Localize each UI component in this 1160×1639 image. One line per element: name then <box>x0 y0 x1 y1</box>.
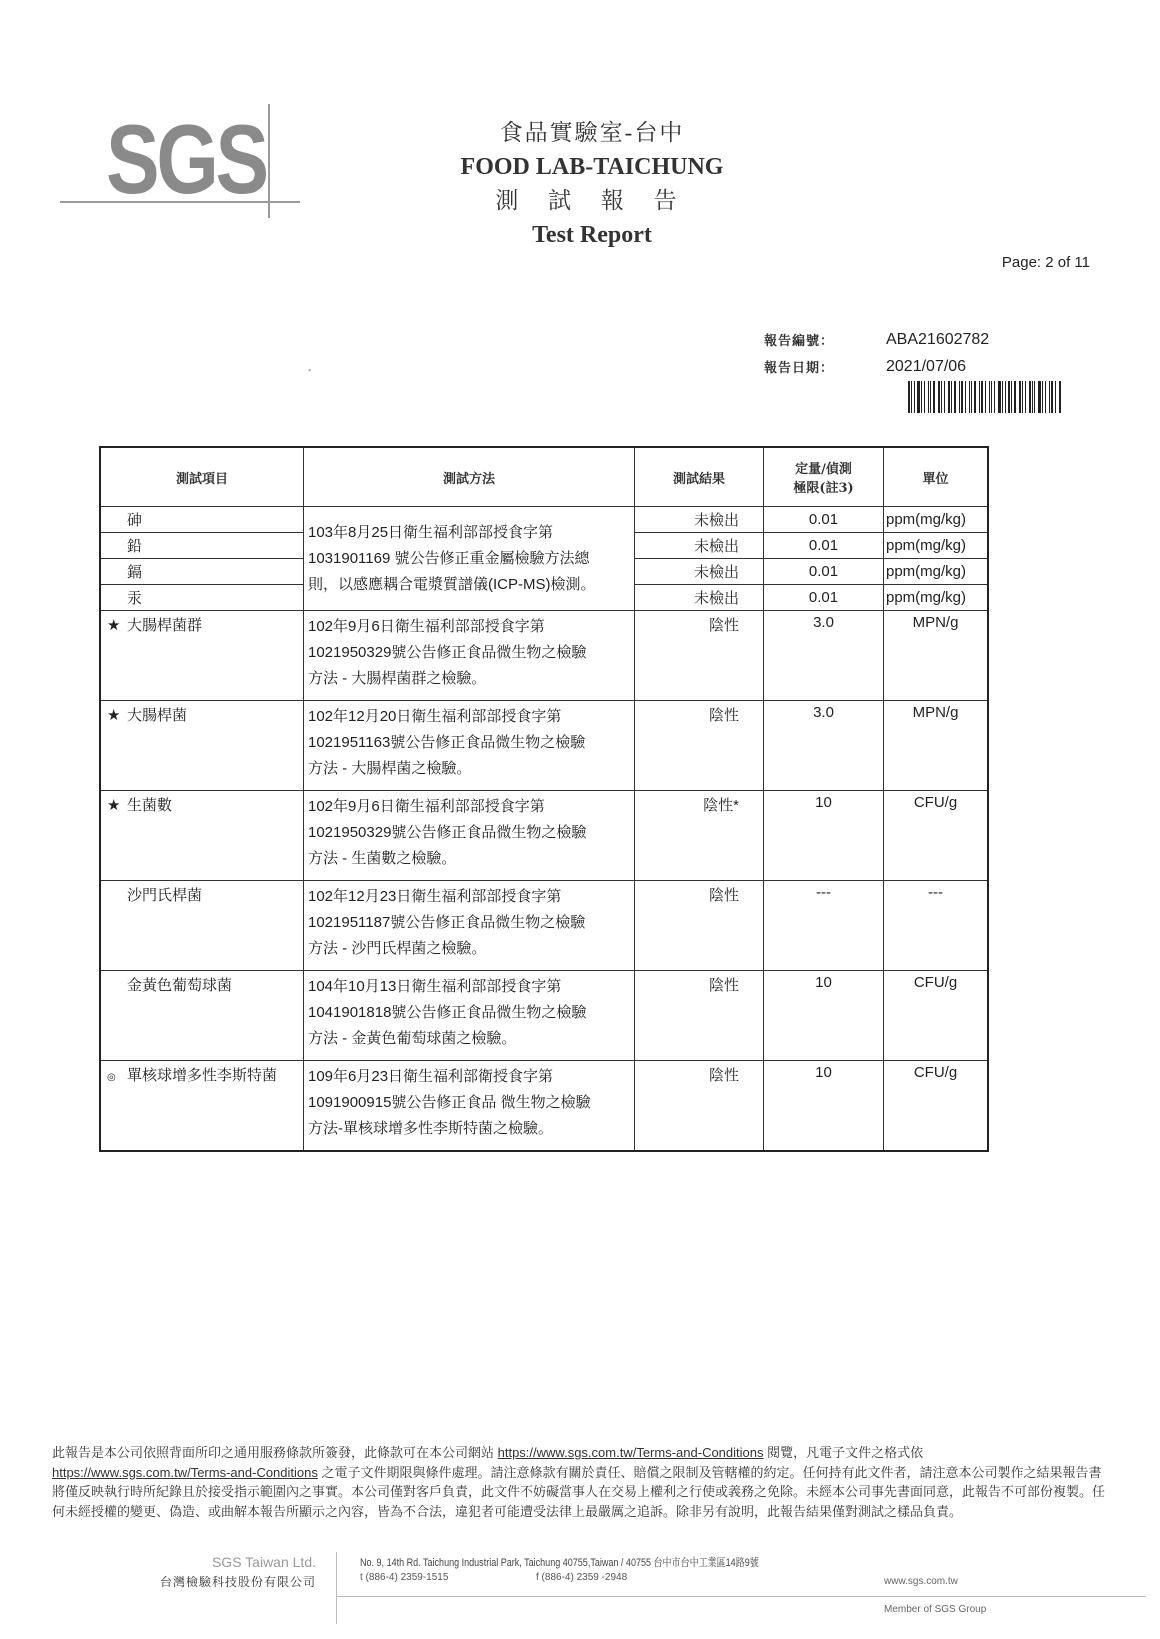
barcode-bar <box>1011 381 1012 413</box>
result: 陰性 <box>635 971 764 1061</box>
logo-horizontal-rule <box>60 201 300 203</box>
barcode-bar <box>914 381 915 413</box>
flag-icon: ◎ <box>107 1072 127 1083</box>
flag-icon: ★ <box>107 796 127 814</box>
unit: CFU/g <box>884 1061 989 1152</box>
barcode-bar <box>985 381 986 413</box>
table-row: 砷 103年8月25日衛生福利部部授食字第 1031901169 號公告修正重金… <box>100 507 988 533</box>
barcode-bar <box>1049 381 1050 413</box>
col-header-method: 測試方法 <box>304 447 635 507</box>
barcode-bar <box>1014 381 1016 413</box>
lab-name-cn: 食品實驗室-台中 <box>392 116 792 150</box>
barcode-bar <box>928 381 929 413</box>
barcode-bar <box>933 381 935 413</box>
barcode-bar <box>1025 381 1026 413</box>
item-name: 大腸桿菌群 <box>127 617 202 634</box>
item-cell: ★大腸桿菌群 <box>100 611 304 701</box>
barcode-bar <box>1055 381 1056 413</box>
barcode-bar <box>965 381 967 413</box>
disclaimer-text: 閱覽，凡電子文件之格式依 <box>764 1445 924 1460</box>
item-cell: ◎單核球增多性李斯特菌 <box>100 1061 304 1152</box>
company-name-cn: 台灣檢驗科技股份有限公司 <box>120 1573 316 1590</box>
barcode-bar <box>951 381 952 413</box>
method-line: 102年9月6日衛生福利部部授食字第 <box>308 794 634 820</box>
method-line: 方法 - 大腸桿菌群之檢驗。 <box>308 666 634 692</box>
barcode-bar <box>974 381 977 413</box>
barcode-bar <box>917 381 920 413</box>
barcode-bar <box>938 381 941 413</box>
table-row: 沙門氏桿菌 102年12月23日衛生福利部部授食字第1021951187號公告修… <box>100 881 988 971</box>
unit: --- <box>884 881 989 971</box>
flag-icon: ★ <box>107 706 127 724</box>
table-row: ◎單核球增多性李斯特菌 109年6月23日衛生福利部衛授食字第109190091… <box>100 1061 988 1152</box>
barcode-bar <box>959 381 960 413</box>
limit: 3.0 <box>764 701 884 791</box>
method-line: 1041901818號公告修正食品微生物之檢驗 <box>308 1000 634 1026</box>
item-name: 砷 <box>100 507 304 533</box>
results-table: 測試項目 測試方法 測試結果 定量/偵測 極限(註3) 單位 砷 103年8月2… <box>99 446 989 1152</box>
limit: 0.01 <box>764 533 884 559</box>
unit: CFU/g <box>884 971 989 1061</box>
col-header-limit: 定量/偵測 極限(註3) <box>764 447 884 507</box>
report-date-row: 報告日期： 2021/07/06 <box>764 353 989 380</box>
method-cell: 102年12月20日衛生福利部部授食字第1021951163號公告修正食品微生物… <box>304 701 635 791</box>
table-row: ★大腸桿菌 102年12月20日衛生福利部部授食字第1021951163號公告修… <box>100 701 988 791</box>
logo-vertical-rule <box>268 104 270 218</box>
method-line: 方法 - 金黃色葡萄球菌之檢驗。 <box>308 1026 634 1052</box>
limit-header-line1: 定量/偵測 <box>764 458 883 477</box>
result: 陰性 <box>635 701 764 791</box>
disclaimer: 此報告是本公司依照背面所印之通用服務條款所簽發，此條款可在本公司網站 https… <box>52 1443 1112 1521</box>
barcode-bar <box>1045 381 1046 413</box>
limit: 10 <box>764 1061 884 1152</box>
limit: 3.0 <box>764 611 884 701</box>
lab-name-en: FOOD LAB-TAICHUNG <box>392 150 792 184</box>
footer-phone: t (886-4) 2359-1515 <box>360 1572 448 1583</box>
unit: MPN/g <box>884 701 989 791</box>
result: 陰性* <box>635 791 764 881</box>
report-date: 2021/07/06 <box>886 358 966 376</box>
method-line: 1021951163號公告修正食品微生物之檢驗 <box>308 730 634 756</box>
result: 陰性 <box>635 611 764 701</box>
barcode-bar <box>1019 381 1022 413</box>
sgs-logo: SGS <box>60 104 310 220</box>
barcode-bar <box>1022 381 1023 413</box>
col-header-item: 測試項目 <box>100 447 304 507</box>
barcode-bar <box>989 381 990 413</box>
method-line: 則，以感應耦合電漿質譜儀(ICP-MS)檢測。 <box>308 572 634 598</box>
barcode-bar <box>1059 381 1062 413</box>
page-number: Page: 2 of 11 <box>1002 254 1090 271</box>
item-name: 沙門氏桿菌 <box>127 887 202 904</box>
barcode-bar <box>954 381 957 413</box>
method-line: 102年12月23日衛生福利部部授食字第 <box>308 884 634 910</box>
barcode-icon <box>908 381 1062 413</box>
limit: 0.01 <box>764 585 884 611</box>
item-name: 鎘 <box>100 559 304 585</box>
footer-fax: f (886-4) 2359 -2948 <box>536 1572 627 1583</box>
col-header-result: 測試結果 <box>635 447 764 507</box>
barcode-bar <box>1008 381 1010 413</box>
method-line: 1021950329號公告修正食品微生物之檢驗 <box>308 820 634 846</box>
limit-header-line2: 極限(註3) <box>764 477 883 496</box>
result: 未檢出 <box>635 507 764 533</box>
footer-address: No. 9, 14th Rd. Taichung Industrial Park… <box>360 1554 759 1570</box>
scan-artifact: ﾞ <box>308 366 313 381</box>
method-line: 1021951187號公告修正食品微生物之檢驗 <box>308 910 634 936</box>
barcode-bar <box>911 381 912 413</box>
table-row: ★生菌數 102年9月6日衛生福利部部授食字第1021950329號公告修正食品… <box>100 791 988 881</box>
barcode-bar <box>1051 381 1053 413</box>
result: 未檢出 <box>635 559 764 585</box>
page-footer: SGS Taiwan Ltd. 台灣檢驗科技股份有限公司 No. 9, 14th… <box>0 1552 1160 1639</box>
method-line: 1091900915號公告修正食品 微生物之檢驗 <box>308 1090 634 1116</box>
method-line: 102年12月20日衛生福利部部授食字第 <box>308 704 634 730</box>
report-number-row: 報告編號： ABA21602782 <box>764 326 989 353</box>
report-number-label: 報告編號： <box>764 330 886 349</box>
barcode-bar <box>991 381 993 413</box>
barcode-bar <box>1038 381 1041 413</box>
method-line: 1021950329號公告修正食品微生物之檢驗 <box>308 640 634 666</box>
report-meta: 報告編號： ABA21602782 報告日期： 2021/07/06 <box>764 326 989 380</box>
terms-link[interactable]: https://www.sgs.com.tw/Terms-and-Conditi… <box>52 1465 318 1480</box>
item-cell: ★大腸桿菌 <box>100 701 304 791</box>
unit: ppm(mg/kg) <box>884 507 989 533</box>
terms-link[interactable]: https://www.sgs.com.tw/Terms-and-Conditi… <box>498 1445 764 1460</box>
method-line: 方法-單核球增多性李斯特菌之檢驗。 <box>308 1116 634 1142</box>
barcode-bar <box>930 381 931 413</box>
footer-company: SGS Taiwan Ltd. 台灣檢驗科技股份有限公司 <box>120 1554 316 1590</box>
barcode-bar <box>1002 381 1003 413</box>
item-name: 鉛 <box>100 533 304 559</box>
method-line: 方法 - 生菌數之檢驗。 <box>308 846 634 872</box>
barcode-bar <box>994 381 995 413</box>
method-cell: 102年9月6日衛生福利部部授食字第1021950329號公告修正食品微生物之檢… <box>304 791 635 881</box>
flag-icon: ★ <box>107 616 127 634</box>
unit: CFU/g <box>884 791 989 881</box>
barcode-bar <box>924 381 926 413</box>
metals-method: 103年8月25日衛生福利部部授食字第 1031901169 號公告修正重金屬檢… <box>304 507 635 611</box>
limit: 0.01 <box>764 559 884 585</box>
item-name: 單核球增多性李斯特菌 <box>127 1067 277 1084</box>
barcode-bar <box>1032 381 1033 413</box>
limit: 10 <box>764 791 884 881</box>
barcode-bar <box>971 381 972 413</box>
col-header-unit: 單位 <box>884 447 989 507</box>
item-name: 金黃色葡萄球菌 <box>127 977 232 994</box>
report-title-block: 食品實驗室-台中 FOOD LAB-TAICHUNG 測 試 報 告 Test … <box>392 116 792 252</box>
barcode-bar <box>979 381 980 413</box>
barcode-bar <box>998 381 1001 413</box>
unit: ppm(mg/kg) <box>884 559 989 585</box>
barcode-bar <box>941 381 942 413</box>
method-cell: 109年6月23日衛生福利部衛授食字第1091900915號公告修正食品 微生物… <box>304 1061 635 1152</box>
limit: 0.01 <box>764 507 884 533</box>
barcode-bar <box>921 381 922 413</box>
limit: --- <box>764 881 884 971</box>
report-number: ABA21602782 <box>886 331 989 349</box>
method-cell: 102年12月23日衛生福利部部授食字第1021951187號公告修正食品微生物… <box>304 881 635 971</box>
method-line: 1031901169 號公告修正重金屬檢驗方法總 <box>308 546 634 572</box>
company-name-en: SGS Taiwan Ltd. <box>120 1554 316 1570</box>
item-cell: 沙門氏桿菌 <box>100 881 304 971</box>
unit: ppm(mg/kg) <box>884 585 989 611</box>
barcode-bar <box>1034 381 1035 413</box>
result: 未檢出 <box>635 533 764 559</box>
method-line: 104年10月13日衛生福利部部授食字第 <box>308 974 634 1000</box>
item-name: 大腸桿菌 <box>127 707 187 724</box>
method-line: 方法 - 大腸桿菌之檢驗。 <box>308 756 634 782</box>
result: 陰性 <box>635 1061 764 1152</box>
result: 未檢出 <box>635 585 764 611</box>
footer-divider-vertical <box>336 1552 337 1624</box>
barcode-bar <box>1005 381 1006 413</box>
report-date-label: 報告日期： <box>764 357 886 376</box>
footer-member: Member of SGS Group <box>884 1604 986 1615</box>
footer-website: www.sgs.com.tw <box>884 1576 958 1587</box>
unit: ppm(mg/kg) <box>884 533 989 559</box>
barcode-bar <box>1042 381 1044 413</box>
item-name: 汞 <box>100 585 304 611</box>
method-line: 109年6月23日衛生福利部衛授食字第 <box>308 1064 634 1090</box>
footer-divider-horizontal <box>336 1596 1146 1597</box>
barcode-bar <box>1029 381 1031 413</box>
barcode-bar <box>981 381 983 413</box>
method-line: 方法 - 沙門氏桿菌之檢驗。 <box>308 936 634 962</box>
barcode-bar <box>908 381 910 413</box>
barcode-bar <box>948 381 950 413</box>
table-row: ★大腸桿菌群 102年9月6日衛生福利部部授食字第1021950329號公告修正… <box>100 611 988 701</box>
table-row: 金黃色葡萄球菌 104年10月13日衛生福利部部授食字第1041901818號公… <box>100 971 988 1061</box>
barcode-bar <box>944 381 945 413</box>
method-line: 102年9月6日衛生福利部部授食字第 <box>308 614 634 640</box>
method-cell: 104年10月13日衛生福利部部授食字第1041901818號公告修正食品微生物… <box>304 971 635 1061</box>
method-cell: 102年9月6日衛生福利部部授食字第1021950329號公告修正食品微生物之檢… <box>304 611 635 701</box>
limit: 10 <box>764 971 884 1061</box>
item-cell: ★生菌數 <box>100 791 304 881</box>
method-line: 103年8月25日衛生福利部部授食字第 <box>308 520 634 546</box>
item-name: 生菌數 <box>127 797 172 814</box>
table-header-row: 測試項目 測試方法 測試結果 定量/偵測 極限(註3) 單位 <box>100 447 988 507</box>
report-title-cn: 測 試 報 告 <box>392 184 792 218</box>
barcode-bar <box>969 381 970 413</box>
report-title-en: Test Report <box>392 218 792 252</box>
unit: MPN/g <box>884 611 989 701</box>
item-cell: 金黃色葡萄球菌 <box>100 971 304 1061</box>
logo-text: SGS <box>106 110 266 208</box>
result: 陰性 <box>635 881 764 971</box>
disclaimer-text: 此報告是本公司依照背面所印之通用服務條款所簽發，此條款可在本公司網站 <box>52 1445 498 1460</box>
barcode-bar <box>961 381 963 413</box>
